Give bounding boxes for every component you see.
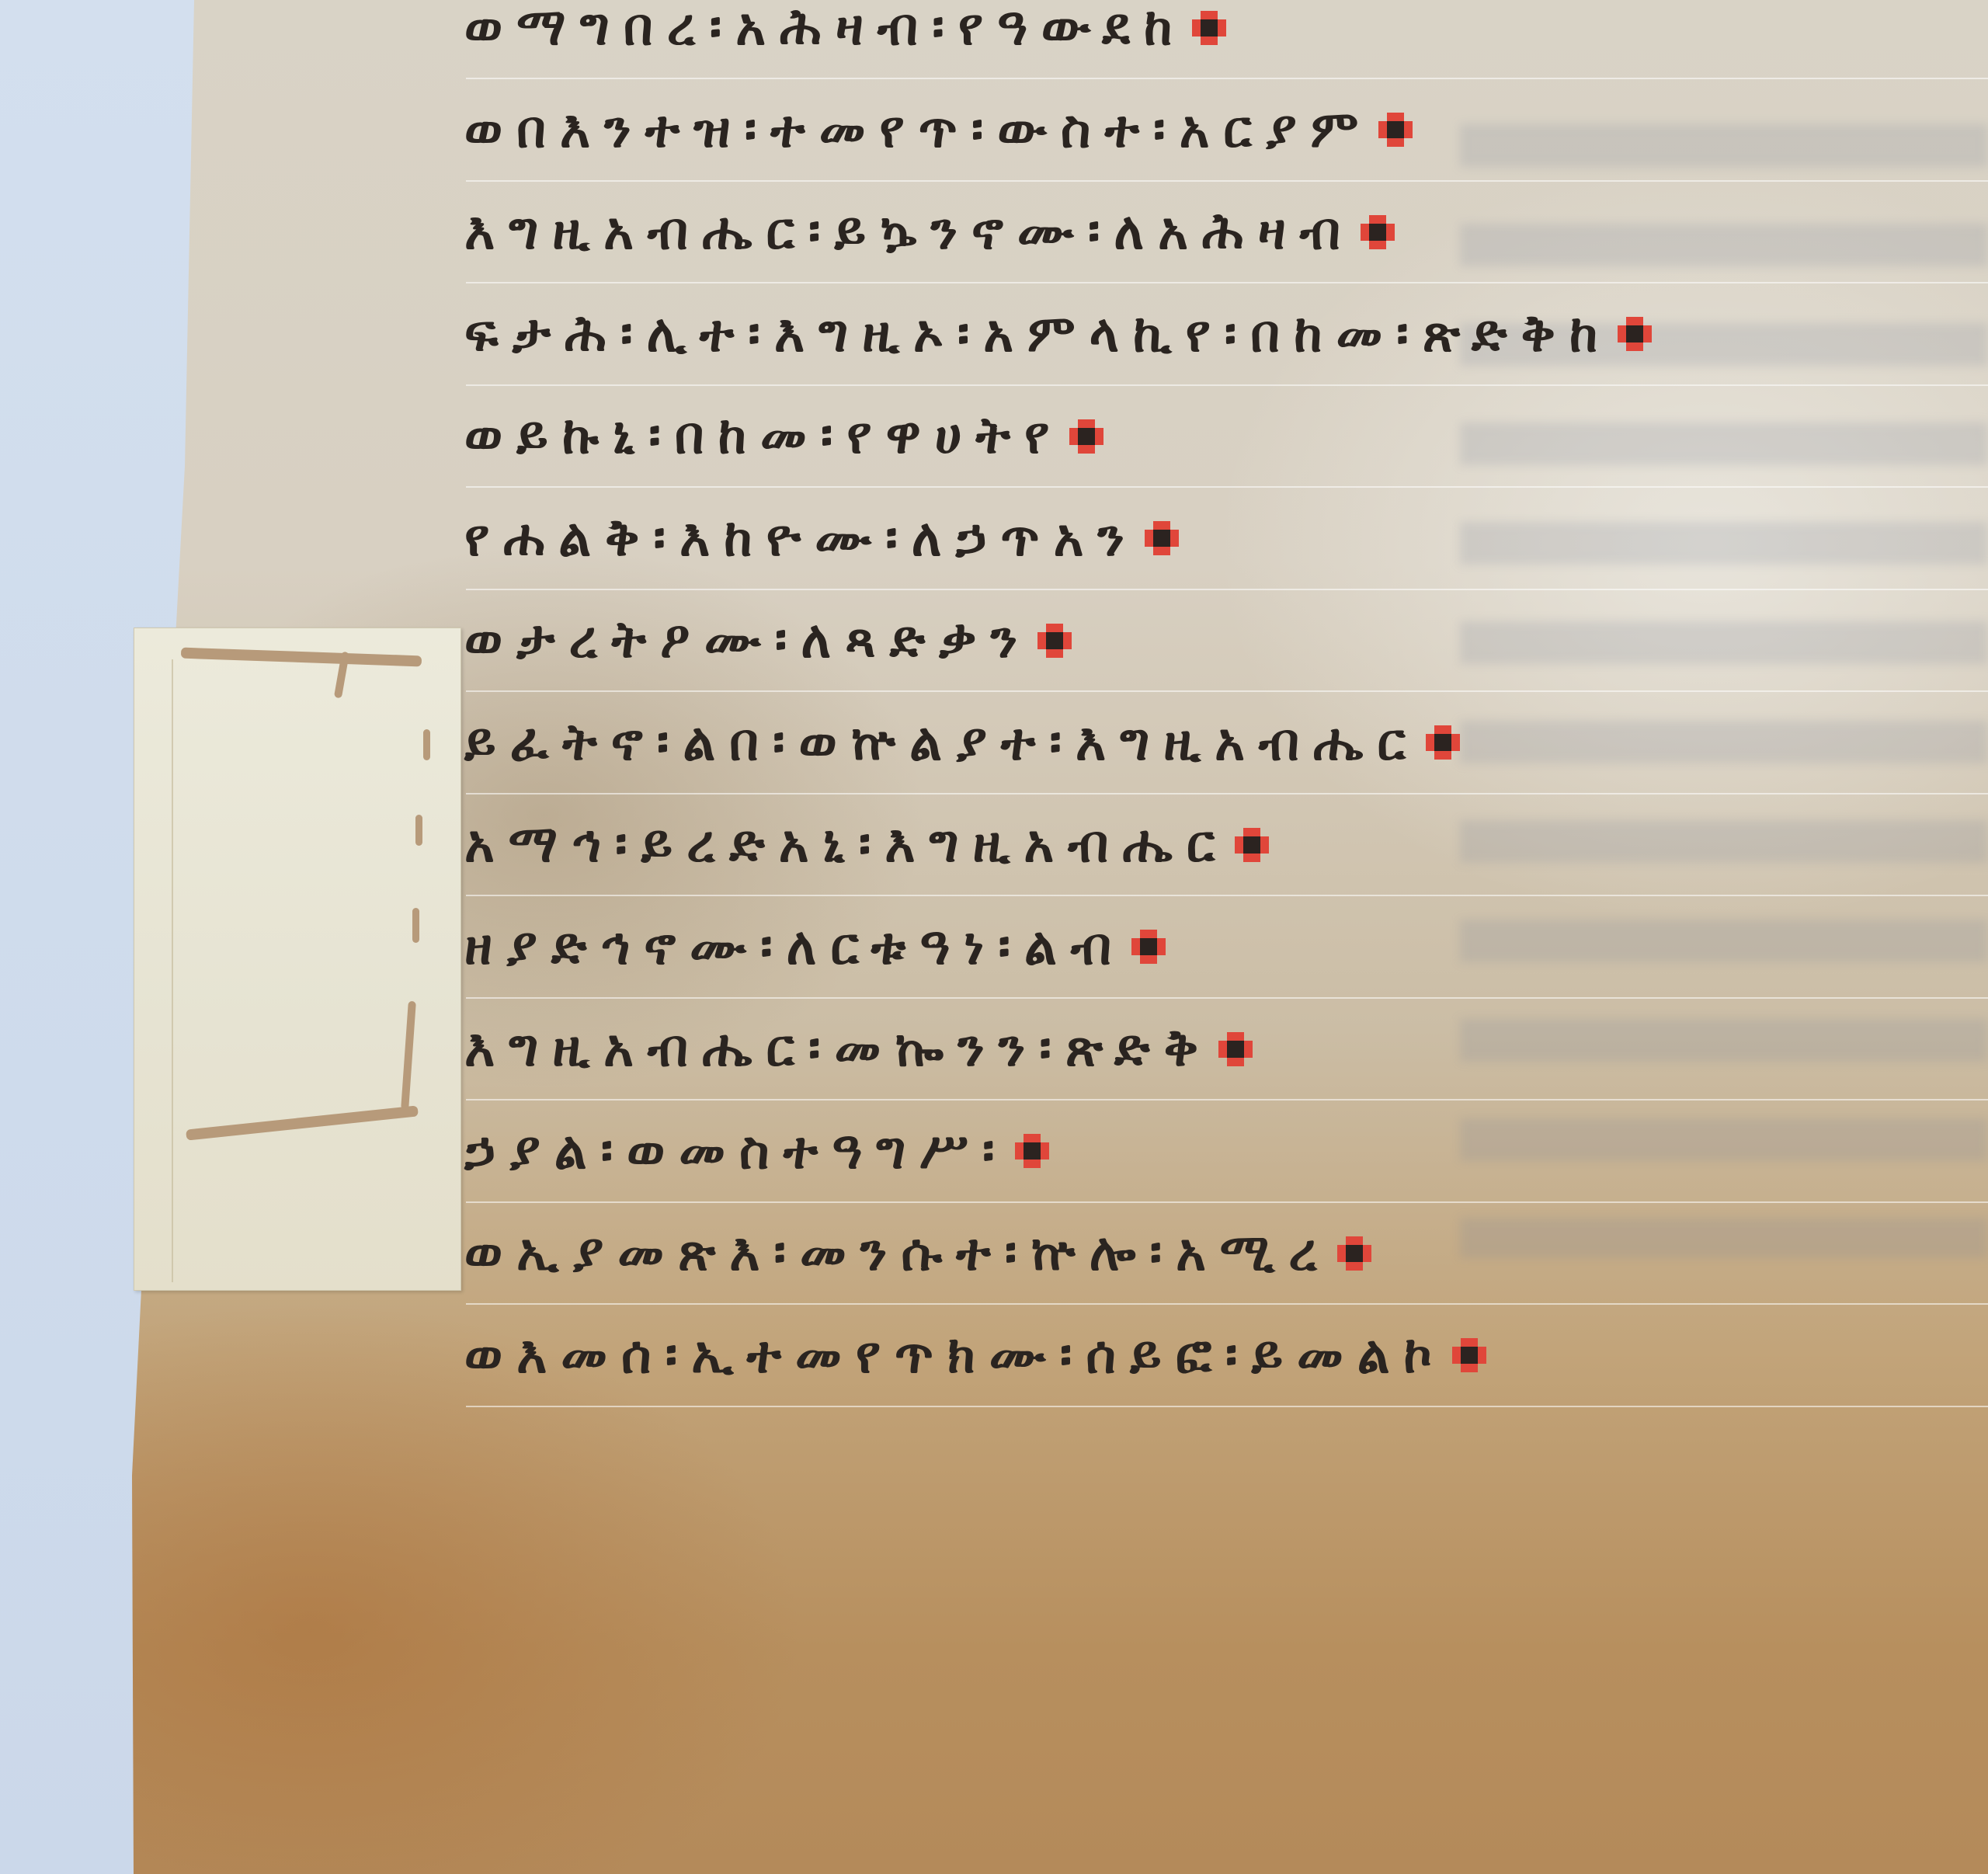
line-text: ወእመሰ፡ኢተመየጥክሙ፡ሰይፎ፡ይመልኮ xyxy=(464,1325,1446,1386)
cross-separator-icon xyxy=(1037,624,1072,658)
thread-stitch xyxy=(186,1105,419,1140)
manuscript-line: ወበእንተዝ፡ተመየጥ፡ውስተ፡አርያም xyxy=(464,79,1652,182)
cross-separator-icon xyxy=(1426,725,1460,760)
patch-fold xyxy=(172,659,173,1282)
line-text: አማኅ፡ይረድአኒ፡እግዚአብሔር xyxy=(464,814,1229,875)
cross-separator-icon xyxy=(1015,1134,1049,1168)
line-text: ወይኩኒ፡በከመ፡የዋሀትየ xyxy=(464,405,1063,467)
thread-stitch xyxy=(181,648,422,667)
line-text: ወኢያመጽእ፡መንሱተ፡ኵሎ፡አሚረ xyxy=(464,1222,1331,1284)
thread-stitch xyxy=(412,908,419,943)
cross-separator-icon xyxy=(1361,215,1395,249)
line-text: ወታረትዖሙ፡ለጻድቃን xyxy=(464,610,1031,671)
cross-separator-icon xyxy=(1131,930,1166,964)
repair-patch xyxy=(134,628,461,1291)
cross-separator-icon xyxy=(1218,1032,1253,1066)
line-text: ወበእንተዝ፡ተመየጥ፡ውስተ፡አርያም xyxy=(464,99,1372,161)
line-text: እግዚአብሔር፡ይኴንኖሙ፡ለአሕዛብ xyxy=(464,201,1354,262)
manuscript-line: ወማግበረ፡አሕዛብ፡የዓውደከ xyxy=(464,0,1652,79)
cross-separator-icon xyxy=(1145,521,1179,555)
manuscript-line: ዘያድኅኖሙ፡ለርቱዓነ፡ልብ xyxy=(464,896,1652,999)
manuscript-line: ወእመሰ፡ኢተመየጥክሙ፡ሰይፎ፡ይመልኮ xyxy=(464,1305,1652,1407)
manuscript-line: እግዚአብሔር፡መኰንን፡ጽድቅ xyxy=(464,998,1652,1100)
thread-stitch xyxy=(423,729,430,760)
thread-stitch xyxy=(401,1001,416,1110)
manuscript-line: ወታረትዖሙ፡ለጻድቃን xyxy=(464,589,1652,692)
cross-separator-icon xyxy=(1069,419,1103,454)
thread-stitch xyxy=(415,815,422,846)
manuscript-line: የሐልቅ፡እከዮሙ፡ለኃጥአን xyxy=(464,488,1652,590)
cross-separator-icon xyxy=(1452,1338,1486,1372)
cross-separator-icon xyxy=(1378,113,1413,147)
line-text: የሐልቅ፡እከዮሙ፡ለኃጥአን xyxy=(464,508,1138,569)
manuscript-line: አማኅ፡ይረድአኒ፡እግዚአብሔር xyxy=(464,794,1652,896)
cross-separator-icon xyxy=(1235,828,1269,862)
manuscript-line: ይፈትኖ፡ልበ፡ወኵልያተ፡እግዚአብሔር xyxy=(464,692,1652,794)
cross-separator-icon xyxy=(1337,1236,1371,1271)
line-text: ወማግበረ፡አሕዛብ፡የዓውደከ xyxy=(464,0,1186,58)
line-text: ዘያድኅኖሙ፡ለርቱዓነ፡ልብ xyxy=(464,916,1125,978)
cross-separator-icon xyxy=(1192,11,1226,45)
manuscript-line: ወይኩኒ፡በከመ፡የዋሀትየ xyxy=(464,385,1652,488)
manuscript-line: ወኢያመጽእ፡መንሱተ፡ኵሎ፡አሚረ xyxy=(464,1202,1652,1305)
line-text: ኃያል፡ወመስተዓግሥ፡ xyxy=(464,1121,1009,1182)
manuscript-line: ፍታሕ፡ሊተ፡እግዚኦ፡አምላኪየ፡በከመ፡ጽድቅከ xyxy=(464,283,1652,386)
line-text: ይፈትኖ፡ልበ፡ወኵልያተ፡እግዚአብሔር xyxy=(464,712,1420,774)
line-text: ፍታሕ፡ሊተ፡እግዚኦ፡አምላኪየ፡በከመ፡ጽድቅከ xyxy=(464,304,1611,365)
line-text: እግዚአብሔር፡መኰንን፡ጽድቅ xyxy=(464,1018,1212,1080)
text-block: ወማግበረ፡አሕዛብ፡የዓውደከወበእንተዝ፡ተመየጥ፡ውስተ፡አርያምእግዚአ… xyxy=(464,0,1652,1406)
manuscript-line: እግዚአብሔር፡ይኴንኖሙ፡ለአሕዛብ xyxy=(464,181,1652,283)
manuscript-line: ኃያል፡ወመስተዓግሥ፡ xyxy=(464,1100,1652,1203)
cross-separator-icon xyxy=(1618,317,1652,351)
